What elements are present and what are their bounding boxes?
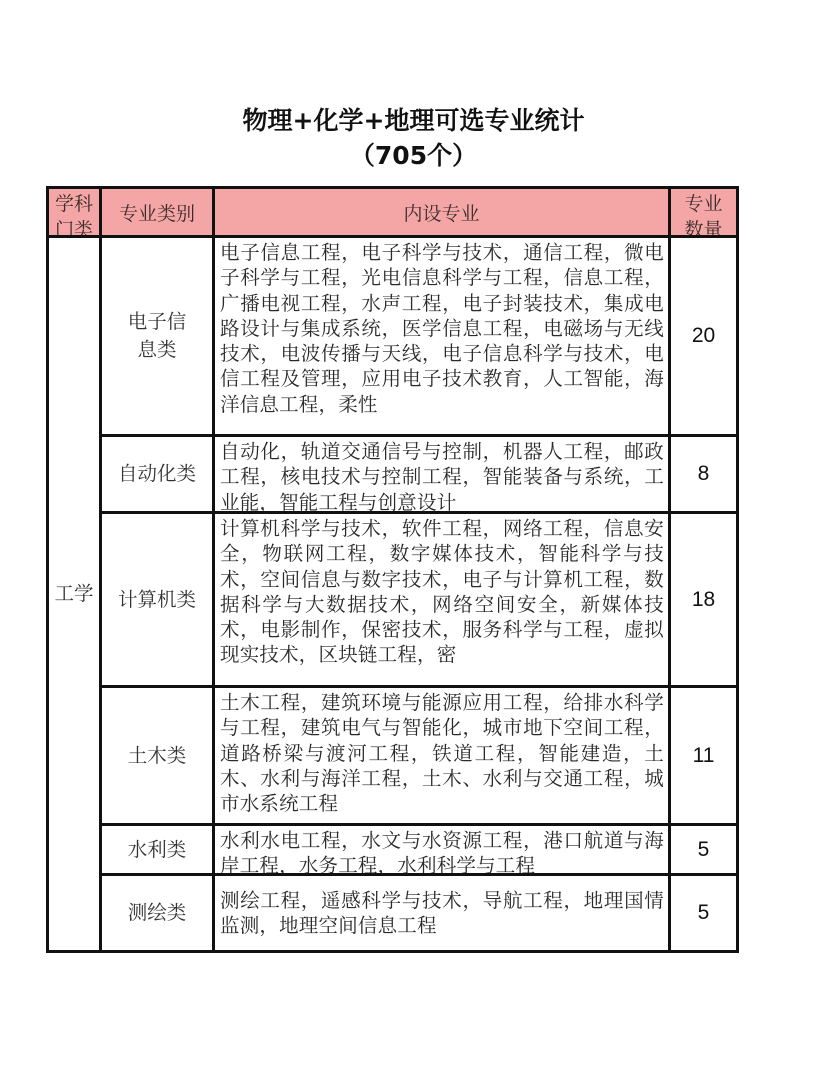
count-cell: 18	[668, 511, 739, 688]
majors-cell: 土木工程，建筑环境与能源应用工程，给排水科学与工程，建筑电气与智能化，城市地下空…	[212, 685, 671, 826]
page-title: 物理+化学+地理可选专业统计	[0, 106, 827, 136]
majors-cell: 水利水电工程，水文与水资源工程，港口航道与海岸工程，水务工程，水利科学与工程	[212, 823, 671, 876]
majors-cell: 电子信息工程，电子科学与技术，通信工程，微电子科学与工程，光电信息科学与工程，信…	[212, 235, 671, 437]
category-cell: 土木类	[99, 685, 215, 826]
header-category: 专业类别	[99, 186, 215, 238]
category-cell: 测绘类	[99, 873, 215, 953]
category-cell: 电子信息类	[99, 235, 215, 437]
header-majors: 内设专业	[212, 186, 671, 238]
count-cell: 20	[668, 235, 739, 437]
count-cell: 11	[668, 685, 739, 826]
category-cell: 计算机类	[99, 511, 215, 688]
page-subtitle-total: （705个）	[0, 141, 827, 171]
majors-cell: 自动化，轨道交通信号与控制，机器人工程，邮政工程，核电技术与控制工程，智能装备与…	[212, 434, 671, 514]
count-cell: 5	[668, 873, 739, 953]
discipline-cell: 工学	[46, 235, 102, 953]
count-cell: 5	[668, 823, 739, 876]
category-cell: 水利类	[99, 823, 215, 876]
majors-cell: 计算机科学与技术，软件工程，网络工程，信息安全，物联网工程，数字媒体技术，智能科…	[212, 511, 671, 688]
header-discipline: 学科门类	[46, 186, 102, 238]
category-cell: 自动化类	[99, 434, 215, 514]
header-count: 专业数量	[668, 186, 739, 238]
majors-table: 学科门类 专业类别 内设专业 专业数量 工学 电子信息类 电子信息工程，电子科学…	[46, 186, 739, 953]
majors-cell: 测绘工程，遥感科学与技术，导航工程，地理国情监测，地理空间信息工程	[212, 873, 671, 953]
count-cell: 8	[668, 434, 739, 514]
